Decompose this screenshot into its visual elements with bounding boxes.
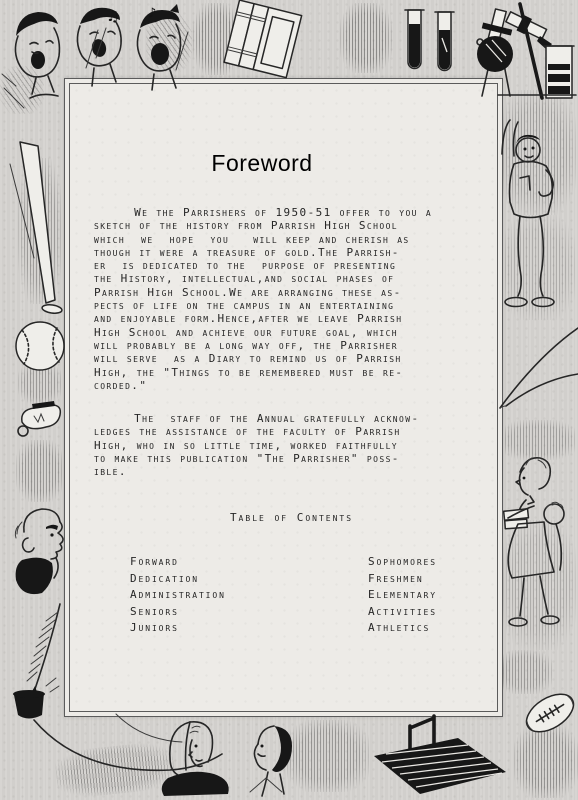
books-stack-icon (220, 4, 338, 88)
toc-right-column: Sophomores Freshmen Elementary Activitie… (368, 554, 437, 637)
toc-item: Seniors (130, 604, 226, 621)
woman-in-bonnet-icon (156, 714, 240, 798)
toc-item: Forward (130, 554, 226, 571)
toc-item: Activities (368, 604, 437, 621)
music-note-icon: ♫ (106, 7, 119, 25)
toc-item: Juniors (130, 620, 226, 637)
leaning-boy-icon (494, 118, 578, 318)
foreword-panel-border: Foreword We the Parrishers of 1950-51 of… (69, 83, 498, 712)
toc-item: Dedication (130, 571, 226, 588)
music-note-icon: ♪ (148, 6, 156, 21)
test-tubes-icon (405, 10, 454, 71)
page-title: Foreword (70, 150, 454, 177)
yearbook-page: Foreword We the Parrishers of 1950-51 of… (0, 0, 578, 800)
beaker-icon (544, 46, 574, 98)
toc-item: Athletics (368, 620, 437, 637)
girl-carrying-books-icon (494, 448, 578, 638)
chemistry-set-icon (398, 2, 578, 102)
foreword-paragraph-2: The staff of the Annual gratefully ackno… (94, 412, 419, 478)
toc-left-column: Forward Dedication Administration Senior… (130, 554, 226, 637)
singing-students-icon: ♫ ♪ (2, 2, 194, 114)
hatch-texture (340, 3, 392, 73)
toc-item: Sophomores (368, 554, 437, 571)
toc-heading: Table of Contents (86, 511, 497, 524)
quill-and-inkwell-icon (2, 600, 72, 725)
toc-item: Freshmen (368, 571, 437, 588)
hatch-texture (16, 440, 64, 502)
toc-item: Administration (130, 587, 226, 604)
chemistry-flask-stand-icon (477, 4, 552, 98)
baseball-icon (12, 318, 68, 374)
football-field-goalpost-icon (370, 710, 512, 798)
whistle-icon (14, 396, 64, 442)
baseball-bat-icon (8, 140, 66, 322)
foreword-panel: Foreword We the Parrishers of 1950-51 of… (64, 78, 503, 717)
man-profile-icon (236, 716, 300, 798)
football-icon (522, 678, 578, 748)
pennant-icon (494, 322, 578, 428)
foreword-paragraph-1: We the Parrishers of 1950-51 offer to yo… (94, 206, 432, 392)
toc-item: Elementary (368, 587, 437, 604)
